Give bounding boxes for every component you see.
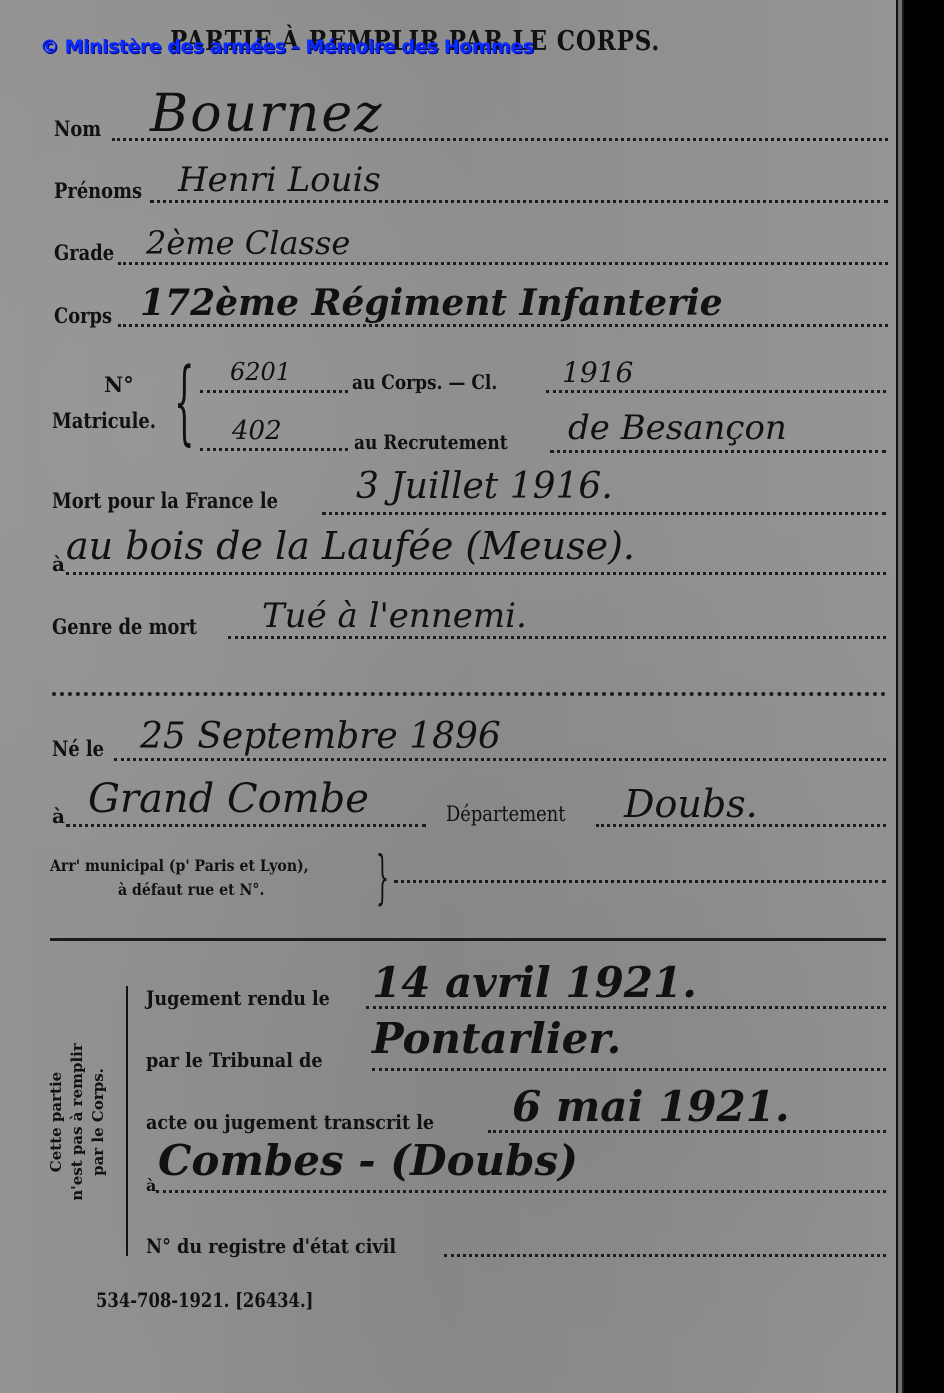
transcrit-lieu-line <box>156 1190 886 1193</box>
death-record-card: PARTIE À REMPLIR PAR LE CORPS. © Ministè… <box>0 0 898 1393</box>
side-note-line-2: n'est pas à remplir <box>67 1022 88 1222</box>
print-reference: 534-708-1921. [26434.] <box>96 1288 313 1312</box>
matricule-recrutement-line <box>200 448 348 451</box>
ne-le-label: Né le <box>52 736 104 761</box>
jugement-rendu-value: 14 avril 1921. <box>372 958 697 1007</box>
jugement-rendu-label: Jugement rendu le <box>146 986 330 1010</box>
grade-label: Grade <box>54 240 114 265</box>
ne-lieu-value: Grand Combe <box>88 776 369 822</box>
registre-label: N° du registre d'état civil <box>146 1234 396 1258</box>
jugement-side-note: Cette partie n'est pas à remplir par le … <box>46 1022 109 1222</box>
blank-line <box>52 692 886 696</box>
section-divider <box>50 938 886 941</box>
transcrit-label: acte ou jugement transcrit le <box>146 1110 434 1134</box>
matricule-recrutement-value: 402 <box>232 416 282 446</box>
arrondissement-label-line2: à défaut rue et N°. <box>118 880 264 899</box>
classe-value: 1916 <box>562 356 633 389</box>
ne-lieu-label: à <box>52 804 65 828</box>
registre-line <box>444 1254 886 1257</box>
mort-lieu-label: à <box>52 552 65 576</box>
mort-date-value: 3 Juillet 1916. <box>356 466 613 507</box>
arrondissement-label-line1: Arr' municipal (p' Paris et Lyon), <box>50 856 309 875</box>
genre-mort-line <box>228 636 886 639</box>
matricule-corps-line <box>200 390 348 393</box>
nom-label: Nom <box>54 116 101 141</box>
jugement-bracket <box>126 986 128 1256</box>
mort-lieu-line <box>66 572 886 575</box>
ne-le-value: 25 Septembre 1896 <box>140 716 501 757</box>
copyright-watermark: © Ministère des armées - Mémoire des Hom… <box>40 36 534 58</box>
classe-line <box>546 390 886 393</box>
tribunal-value: Pontarlier. <box>372 1014 621 1063</box>
mort-date-line <box>322 512 886 515</box>
nom-value: Bournez <box>150 84 384 144</box>
prenoms-label: Prénoms <box>54 178 142 203</box>
grade-line <box>118 262 888 265</box>
corps-label: Corps <box>54 303 112 328</box>
prenoms-value: Henri Louis <box>178 160 381 200</box>
matricule-no-label: N° <box>104 372 134 397</box>
grade-value: 2ème Classe <box>146 224 350 262</box>
recrutement-place-line <box>550 450 886 453</box>
corps-line <box>118 324 888 327</box>
departement-value: Doubs. <box>624 782 758 826</box>
transcrit-value: 6 mai 1921. <box>512 1082 790 1131</box>
transcrit-lieu-label: à <box>146 1176 156 1195</box>
genre-mort-value: Tué à l'ennemi. <box>262 596 527 636</box>
ne-le-line <box>114 758 886 761</box>
matricule-label: Matricule. <box>52 408 156 433</box>
matricule-corps-value: 6201 <box>230 358 291 386</box>
tribunal-label: par le Tribunal de <box>146 1048 323 1072</box>
mort-lieu-value: au bois de la Laufée (Meuse). <box>66 524 635 568</box>
corps-value: 172ème Régiment Infanterie <box>140 282 723 324</box>
departement-label: Département <box>446 802 565 826</box>
prenoms-line <box>150 200 888 203</box>
side-note-line-3: par le Corps. <box>88 1022 109 1222</box>
side-note-line-1: Cette partie <box>46 1022 67 1222</box>
mort-date-label: Mort pour la France le <box>52 488 278 513</box>
matricule-brace: { <box>174 356 194 448</box>
matricule-corps-label: au Corps. — Cl. <box>352 370 497 394</box>
card-edge-line-outer <box>902 0 904 1393</box>
genre-mort-label: Genre de mort <box>52 614 197 639</box>
matricule-recrutement-label: au Recrutement <box>354 430 508 454</box>
ne-lieu-line <box>66 824 426 827</box>
recrutement-place-value: de Besançon <box>568 408 787 448</box>
transcrit-lieu-value: Combes - (Doubs) <box>158 1136 578 1185</box>
arrondissement-line <box>394 880 886 883</box>
arrondissement-brace: } <box>376 848 389 906</box>
tribunal-line <box>372 1068 886 1071</box>
